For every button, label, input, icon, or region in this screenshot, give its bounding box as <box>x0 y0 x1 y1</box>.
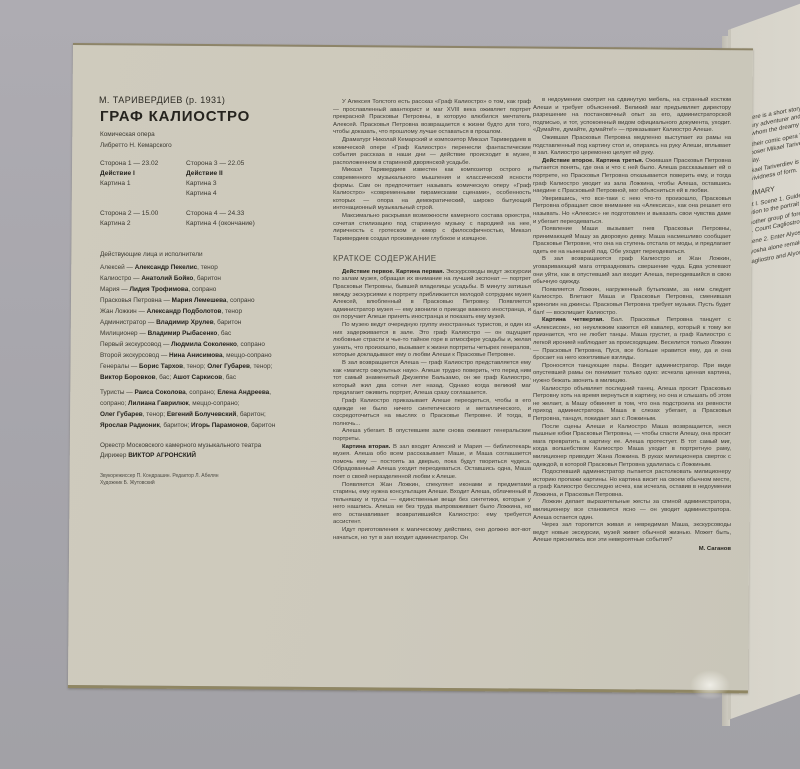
cast-line: Жан Ложкин — Александр Подболотов, тенор <box>100 306 306 317</box>
summary-paragraph: Калиостро объявляет последний танец. Але… <box>533 386 731 424</box>
intro-text: У Алексея Толстого есть рассказ «Граф Ка… <box>333 99 531 243</box>
credits-line-1: Звукорежиссер П. Кондрашин. Редактор Л. … <box>100 473 306 480</box>
cast-line: Туристы — Раиса Соколова, сопрано; Елена… <box>100 387 306 398</box>
side-entry: Сторона 4 — 24.33Картина 4 (окончание) <box>186 209 296 229</box>
cast-voice: , тенор; <box>143 411 167 418</box>
cast-line: Администратор — Владимир Хрулев, баритон <box>100 317 306 328</box>
act-label: Действие I <box>100 169 186 179</box>
cast-line: Генералы — Борис Тархов, тенор; Олег Губ… <box>100 361 306 372</box>
summary-paragraph: После сцены Алеши и Калиостро Маша возвр… <box>533 424 731 470</box>
cast-performer: Олег Губарев <box>207 363 250 370</box>
cast-voice: , баритон <box>214 319 242 326</box>
act-label: Действие II <box>186 169 296 179</box>
scene-label: Картина 3 <box>186 179 296 189</box>
orchestra-credit: Оркестр Московского камерного музыкально… <box>100 441 306 461</box>
summary-paragraph: Ожившая Прасковья Петровна медленно выст… <box>533 135 731 158</box>
cast-voice: , тенор <box>197 264 218 271</box>
cast-role: Алексей — <box>100 264 135 271</box>
summary-paragraph: Появляется Жан Ложкин, спекулянт иконами… <box>333 482 531 528</box>
conductor-name: ВИКТОР АГРОНСКИЙ <box>128 452 196 459</box>
cast-performer: Елена Андреева <box>217 389 269 396</box>
summary-paragraph: Картина четвертая. Бал. Прасковья Петров… <box>533 317 731 363</box>
cast-voice: , сопрано <box>188 286 216 293</box>
cast-performer: Лилиана Гаврилюк <box>128 400 189 407</box>
cast-line: Мария — Лидия Трофимова, сопрано <box>100 284 306 295</box>
cast-role: Генералы — <box>100 363 139 370</box>
cast-role: сопрано; <box>100 400 128 407</box>
scene-label: Картина 1 <box>100 179 186 189</box>
production-credits: Звукорежиссер П. Кондрашин. Редактор Л. … <box>100 473 306 487</box>
cast-role: Калиостро — <box>100 275 141 282</box>
summary-paragraph: Через зал торопится живая и невредимая М… <box>533 522 731 545</box>
libretto-credit: Либретто Н. Кемарского <box>100 142 306 149</box>
cast-performer: Людмила Соколенко <box>171 341 237 348</box>
cast-line: Калиостро — Анатолий Бойко, баритон <box>100 273 306 284</box>
cast-performer: Владимир Хрулев <box>156 319 214 326</box>
cast-performer: Мария Лемешева <box>172 297 227 304</box>
cast-performer: Александр Подболотов <box>147 308 222 315</box>
cast-line: Ярослав Радионик, баритон; Игорь Парамон… <box>100 420 306 431</box>
cast-line: Прасковья Петровна — Мария Лемешева, соп… <box>100 295 306 306</box>
summary-paragraph: Появляется Ложкин, нагруженный бутылками… <box>533 287 731 317</box>
credits-line-2: Художник Б. Жутовский <box>100 480 306 487</box>
opera-genre: Комическая опера <box>100 131 306 138</box>
cast-line: Второй экскурсовод — Нина Анисимова, мец… <box>100 350 306 361</box>
cast-voice: , бас <box>217 330 231 337</box>
side-label: Сторона 3 — 22.05 <box>186 159 296 169</box>
cast-role: Мария — <box>100 286 129 293</box>
cast-line: Виктор Боровков, бас; Ашот Саркисов, бас <box>100 372 306 383</box>
summary-paragraph: Граф Калиостро приказывает Алеше переоде… <box>333 398 531 428</box>
cast-performer: Владимир Рыбасенко <box>148 330 218 337</box>
summary-paragraph: в недоумении смотрит на сдвинутую мебель… <box>533 97 731 135</box>
cast-role: Жан Ложкин — <box>100 308 147 315</box>
scene-heading: Действие первое. Картина первая. <box>342 269 444 275</box>
cast-role: Туристы — <box>100 389 134 396</box>
cast-line: Алексей — Александр Пекелис, тенор <box>100 262 306 273</box>
summary-text-part-2: в недоумении смотрит на сдвинутую мебель… <box>533 97 731 545</box>
cast-role: Милиционер — <box>100 330 148 337</box>
cast-performer: Раиса Соколова <box>134 389 185 396</box>
side-entry: Сторона 1 — 23.02Действие IКартина 1 <box>100 159 186 199</box>
summary-paragraph: Картина вторая. В зал входят Алексей и М… <box>333 444 531 482</box>
cast-line: Первый экскурсовод — Людмила Соколенко, … <box>100 339 306 350</box>
scene-heading: Картина четвертая. <box>542 317 604 323</box>
cast-performer: Евгений Болучевский <box>167 411 236 418</box>
cast-voice: , баритон; <box>160 422 191 429</box>
scene-heading: Действие второе. Картина третья. <box>542 158 643 164</box>
cast-list: Алексей — Александр Пекелис, тенорКалиос… <box>100 262 306 431</box>
cast-performer: Нина Анисимова <box>169 352 223 359</box>
cast-role: Администратор — <box>100 319 156 326</box>
light-glare <box>690 670 730 700</box>
cast-voice: , меццо-сопрано <box>223 352 272 359</box>
cast-performer: Борис Тархов <box>139 363 183 370</box>
scene-label: Картина 4 (окончание) <box>186 219 296 229</box>
intro-paragraph: У Алексея Толстого есть рассказ «Граф Ка… <box>333 99 531 137</box>
summary-paragraph: Проносятся танцующие пары. Входит админи… <box>533 363 731 386</box>
cast-voice: , меццо-сопрано; <box>189 400 240 407</box>
summary-title: КРАТКОЕ СОДЕРЖАНИЕ <box>333 255 531 263</box>
side-entry: Сторона 3 — 22.05Действие IIКартина 3Кар… <box>186 159 296 199</box>
cast-voice: , тенор <box>221 308 242 315</box>
cast-role: Первый экскурсовод — <box>100 341 171 348</box>
author-signature: М. Саганов <box>533 546 731 554</box>
cast-performer: Ашот Саркисов <box>173 374 222 381</box>
cast-performer: Олег Губарев <box>100 411 143 418</box>
cast-performer: Виктор Боровков <box>100 374 156 381</box>
cast-performer: Анатолий Бойко <box>141 275 193 282</box>
side-entry: Сторона 2 — 15.00Картина 2 <box>100 209 186 229</box>
credits-column: М. ТАРИВЕРДИЕВ (р. 1931) ГРАФ КАЛИОСТРО … <box>91 95 306 487</box>
cast-voice: , баритон; <box>236 411 265 418</box>
intro-paragraph: Драматург Николай Кемарский и композитор… <box>333 137 531 167</box>
summary-paragraph: Идут приготовления к магическому действи… <box>333 527 531 542</box>
side-label: Сторона 2 — 15.00 <box>100 209 186 219</box>
cast-voice: , сопрано; <box>186 389 218 396</box>
summary-paragraph: Действие первое. Картина первая. Экскурс… <box>333 269 531 322</box>
scene-label: Картина 2 <box>100 219 186 229</box>
summary-paragraph: Появление Маши вызывает гнев Прасковьи П… <box>533 226 731 256</box>
cast-performer: Лидия Трофимова <box>129 286 188 293</box>
composer: М. ТАРИВЕРДИЕВ (р. 1931) <box>99 95 306 105</box>
cast-heading: Действующие лица и исполнители <box>100 251 306 258</box>
cast-voice: , тенор; <box>183 363 207 370</box>
cast-voice: , бас <box>222 374 236 381</box>
side-listing: Сторона 1 — 23.02Действие IКартина 1Стор… <box>100 159 306 239</box>
scene-heading: Картина вторая. <box>342 444 390 450</box>
side-label: Сторона 4 — 24.33 <box>186 209 296 219</box>
cast-line: сопрано; Лилиана Гаврилюк, меццо-сопрано… <box>100 398 306 409</box>
summary-paragraph: В зал возвращаются граф Калиостро и Жан … <box>533 256 731 286</box>
notes-column-3: в недоумении смотрит на сдвинутую мебель… <box>533 97 731 554</box>
cast-voice: , сопрано <box>226 297 254 304</box>
summary-paragraph: Подоспевший администратор пытается расто… <box>533 469 731 499</box>
cast-voice: , бас; <box>156 374 173 381</box>
orchestra-name: Оркестр Московского камерного музыкально… <box>100 441 306 451</box>
side-label: Сторона 1 — 23.02 <box>100 159 186 169</box>
summary-paragraph: Ложкин делает выразительные жесты за спи… <box>533 499 731 522</box>
cast-voice: , баритон <box>248 422 276 429</box>
conductor-line: Дирижер ВИКТОР АГРОНСКИЙ <box>100 451 306 461</box>
scene-label: Картина 4 <box>186 189 296 199</box>
summary-paragraph: Алеша убегает. В опустевшем зале снова о… <box>333 428 531 443</box>
notes-column-2: У Алексея Толстого есть рассказ «Граф Ка… <box>333 99 531 542</box>
cast-voice: , <box>269 389 271 396</box>
cast-role: Второй экскурсовод — <box>100 352 169 359</box>
intro-paragraph: Микаэл Таривердиев известен как композит… <box>333 167 531 213</box>
cast-voice: , сопрано <box>237 341 265 348</box>
summary-paragraph: По музею ведут очередную группу иностран… <box>333 322 531 360</box>
cast-performer: Ярослав Радионик <box>100 422 160 429</box>
conductor-label: Дирижер <box>100 452 128 459</box>
cast-line: Милиционер — Владимир Рыбасенко, бас <box>100 328 306 339</box>
summary-paragraph: В зал возвращается Алеша — граф Калиостр… <box>333 360 531 398</box>
summary-text-part-1: Действие первое. Картина первая. Экскурс… <box>333 269 531 542</box>
cast-performer: Александр Пекелис <box>135 264 197 271</box>
cast-voice: , тенор; <box>250 363 272 370</box>
cast-performer: Игорь Парамонов <box>191 422 248 429</box>
opera-title: ГРАФ КАЛИОСТРО <box>100 108 306 125</box>
summary-paragraph: Действие второе. Картина третья. Ожившая… <box>533 158 731 196</box>
summary-paragraph: Уверившись, что все-таки с нею что-то пр… <box>533 196 731 226</box>
cast-role: Прасковья Петровна — <box>100 297 172 304</box>
intro-paragraph: Максимально раскрывая возможности камерн… <box>333 213 531 243</box>
cast-voice: , баритон <box>193 275 221 282</box>
cast-line: Олег Губарев, тенор; Евгений Болучевский… <box>100 409 306 420</box>
